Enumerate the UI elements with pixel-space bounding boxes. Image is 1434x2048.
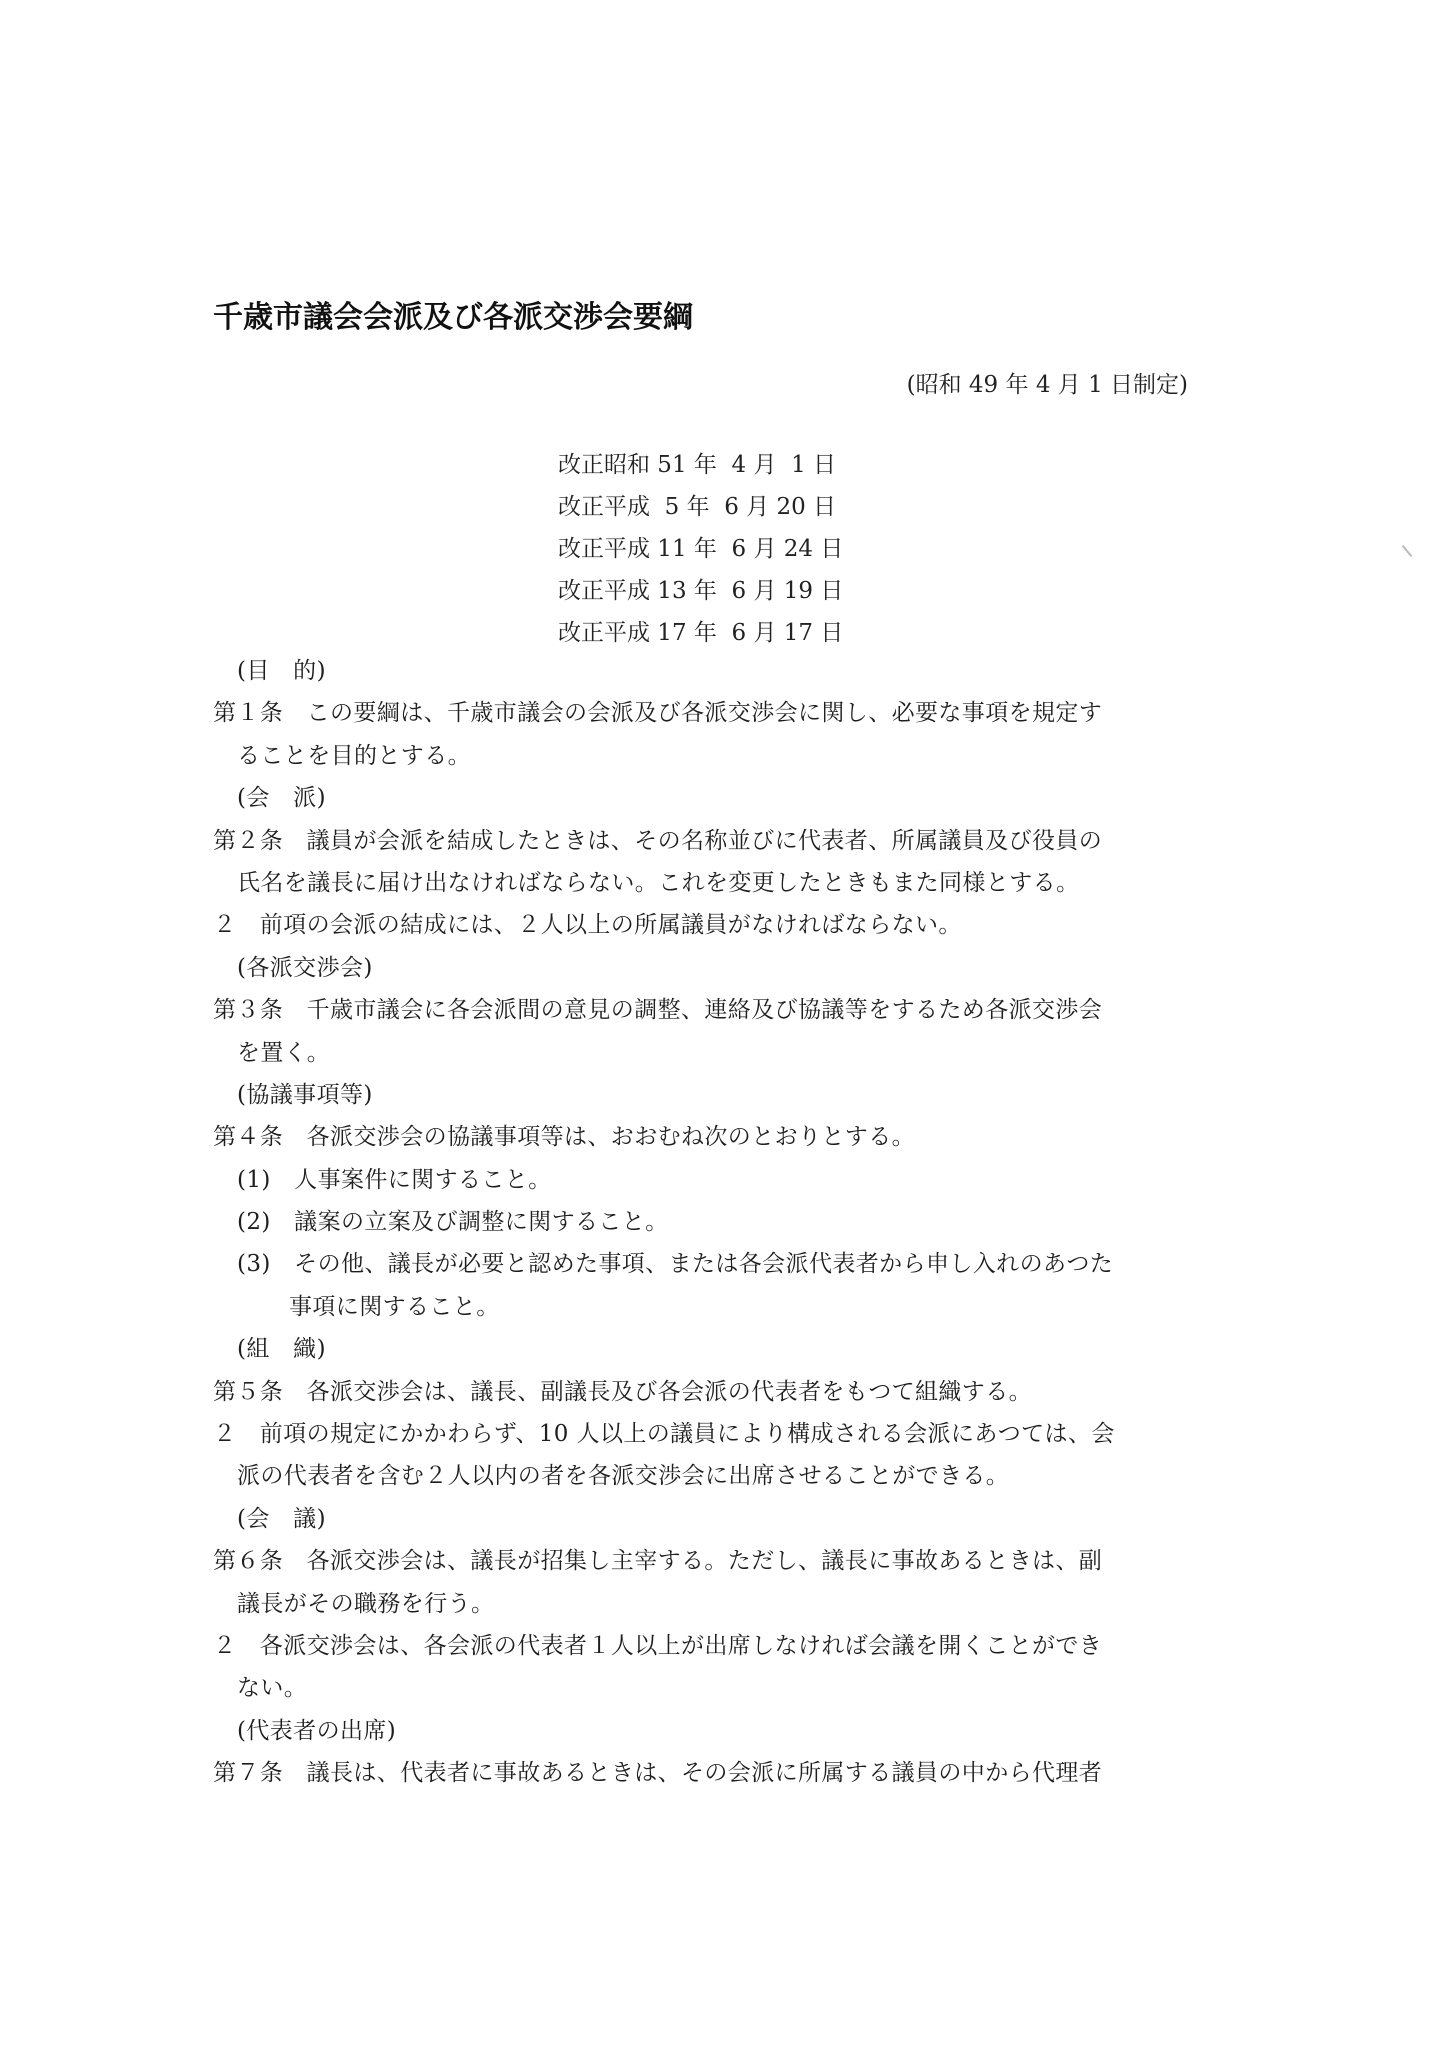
amendment-history: 改正昭和 51 年 4 月 1 日 改正平成 5 年 6 月 20 日 改正平成…	[558, 444, 843, 654]
enactment-date: (昭和 49 年 4 月 1 日制定)	[907, 366, 1188, 399]
section-caption: (代表者の出席)	[213, 1710, 1193, 1752]
document-body: (目 的) 第１条 この要綱は、千歳市議会の会派及び各派交渉会に関し、必要な事項…	[213, 650, 1193, 1795]
amendment-line: 改正平成 11 年 6 月 24 日	[558, 528, 843, 570]
document-title: 千歳市議会会派及び各派交渉会要綱	[213, 292, 693, 336]
paragraph-line: ２ 前項の会派の結成には、２人以上の所属議員がなければならない。	[213, 904, 1193, 946]
list-item: (2) 議案の立案及び調整に関すること。	[213, 1201, 1193, 1243]
list-item-continuation: 事項に関すること。	[213, 1286, 1193, 1328]
article-line: 第１条 この要綱は、千歳市議会の会派及び各派交渉会に関し、必要な事項を規定す	[213, 692, 1193, 734]
article-line: 第７条 議長は、代表者に事故あるときは、その会派に所属する議員の中から代理者	[213, 1752, 1193, 1794]
document-page: 千歳市議会会派及び各派交渉会要綱 (昭和 49 年 4 月 1 日制定) 改正昭…	[0, 0, 1434, 2048]
amendment-line: 改正平成 13 年 6 月 19 日	[558, 570, 843, 612]
paragraph-continuation: ない。	[213, 1667, 1193, 1709]
section-caption: (組 織)	[213, 1328, 1193, 1370]
section-caption: (各派交渉会)	[213, 947, 1193, 989]
article-continuation: 氏名を議長に届け出なければならない。これを変更したときもまた同様とする。	[213, 862, 1193, 904]
list-item: (1) 人事案件に関すること。	[213, 1159, 1193, 1201]
article-continuation: 議長がその職務を行う。	[213, 1583, 1193, 1625]
article-line: 第６条 各派交渉会は、議長が招集し主宰する。ただし、議長に事故あるときは、副	[213, 1540, 1193, 1582]
amendment-line: 改正平成 17 年 6 月 17 日	[558, 612, 843, 654]
article-line: 第３条 千歳市議会に各会派間の意見の調整、連絡及び協議等をするため各派交渉会	[213, 989, 1193, 1031]
article-continuation: を置く。	[213, 1032, 1193, 1074]
amendment-line: 改正平成 5 年 6 月 20 日	[558, 486, 843, 528]
section-caption: (会 派)	[213, 777, 1193, 819]
article-line: 第４条 各派交渉会の協議事項等は、おおむね次のとおりとする。	[213, 1116, 1193, 1158]
section-caption: (会 議)	[213, 1498, 1193, 1540]
paragraph-continuation: 派の代表者を含む２人以内の者を各派交渉会に出席させることができる。	[213, 1455, 1193, 1497]
section-caption: (目 的)	[213, 650, 1193, 692]
article-line: 第２条 議員が会派を結成したときは、その名称並びに代表者、所属議員及び役員の	[213, 820, 1193, 862]
amendment-line: 改正昭和 51 年 4 月 1 日	[558, 444, 843, 486]
scan-artifact	[1402, 545, 1413, 557]
list-item: (3) その他、議長が必要と認めた事項、または各会派代表者から申し入れのあつた	[213, 1243, 1193, 1285]
article-continuation: ることを目的とする。	[213, 735, 1193, 777]
article-line: 第５条 各派交渉会は、議長、副議長及び各会派の代表者をもつて組織する。	[213, 1371, 1193, 1413]
paragraph-line: ２ 各派交渉会は、各会派の代表者１人以上が出席しなければ会議を開くことができ	[213, 1625, 1193, 1667]
paragraph-line: ２ 前項の規定にかかわらず、10 人以上の議員により構成される会派にあつては、会	[213, 1413, 1193, 1455]
section-caption: (協議事項等)	[213, 1074, 1193, 1116]
